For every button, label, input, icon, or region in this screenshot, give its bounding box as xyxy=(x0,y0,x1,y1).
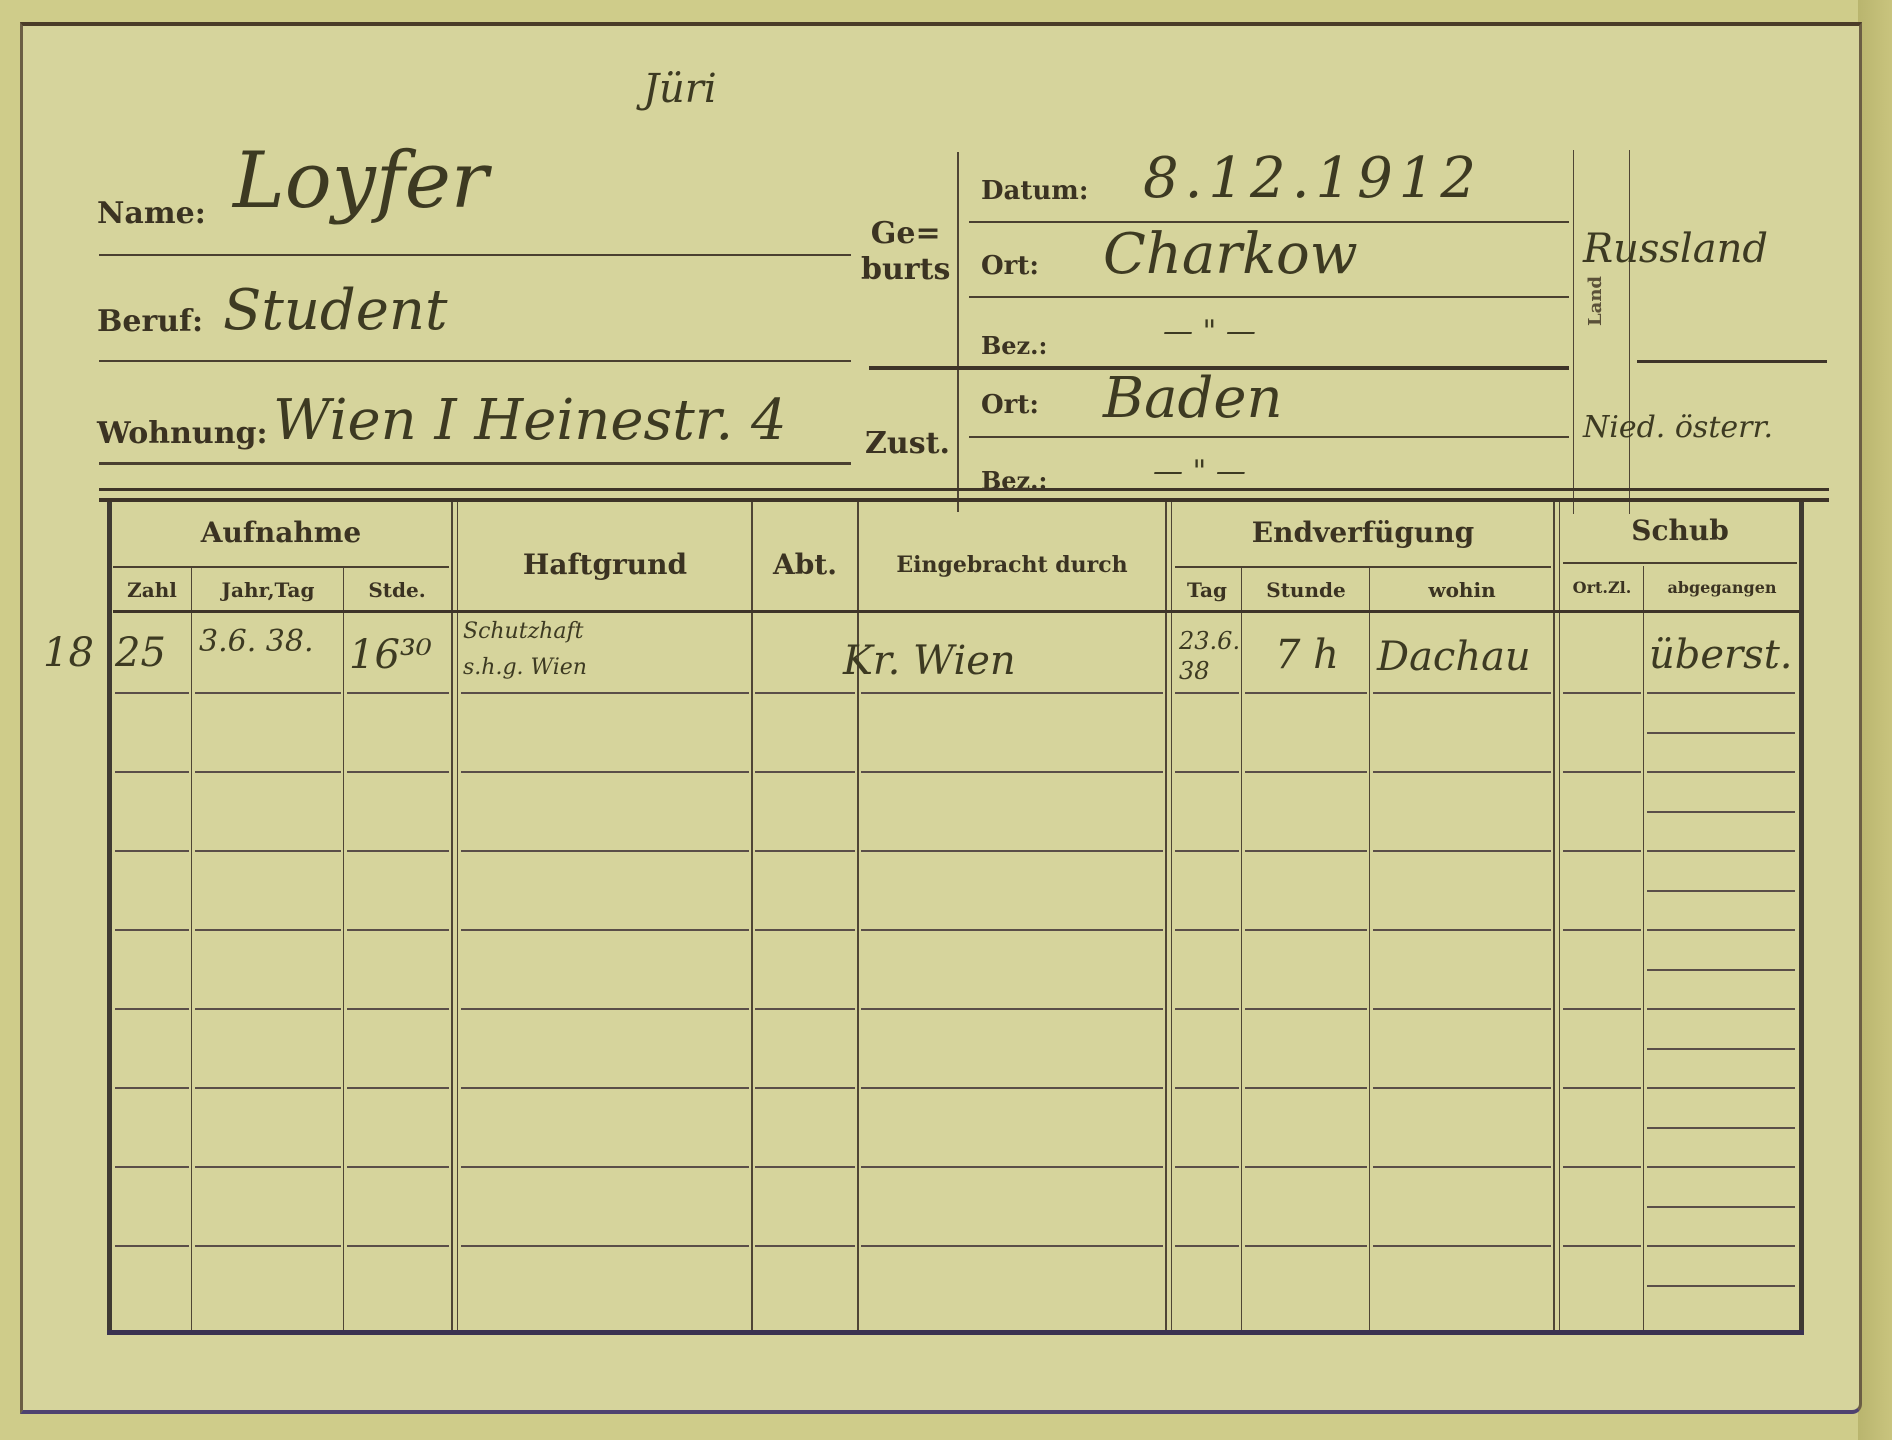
residence-label: Wohnung: xyxy=(97,416,268,451)
row-rule xyxy=(1563,1087,1641,1089)
row-rule xyxy=(1245,850,1367,852)
row-rule xyxy=(195,1087,341,1089)
row-rule xyxy=(1563,1166,1641,1168)
subheader-hour-full: Stunde xyxy=(1243,578,1369,602)
col-divider-transport-a xyxy=(1553,502,1555,1330)
row-rule xyxy=(861,1087,1163,1089)
jurisdiction-place-value: Baden xyxy=(1103,366,1283,431)
col-divider-reason-left-b xyxy=(457,502,458,1330)
row-rule xyxy=(1563,1245,1641,1247)
row-rule xyxy=(1175,771,1239,773)
departed-subrule xyxy=(1647,969,1795,971)
row-rule xyxy=(861,1245,1163,1247)
row-rule xyxy=(1647,771,1795,773)
row-rule xyxy=(1373,850,1551,852)
row-rule xyxy=(1245,1008,1367,1010)
row-rule xyxy=(861,1166,1163,1168)
row-rule xyxy=(861,692,1163,694)
row-rule xyxy=(1245,771,1367,773)
row-rule xyxy=(1373,929,1551,931)
cell-departed: überst. xyxy=(1649,632,1792,678)
cell-hour: 16³⁰ xyxy=(349,632,432,678)
cell-reason-line2: s.h.g. Wien xyxy=(463,650,587,686)
departed-subrule xyxy=(1647,811,1795,813)
row-rule xyxy=(1175,1245,1239,1247)
row-rule xyxy=(755,850,855,852)
name-value: Loyfer xyxy=(233,136,488,226)
name-label: Name: xyxy=(97,196,206,231)
departed-subrule xyxy=(1647,1127,1795,1129)
birth-date-value: 8.12.1912 xyxy=(1143,146,1482,211)
row-rule xyxy=(195,929,341,931)
row-rule xyxy=(461,692,749,694)
row-rule xyxy=(195,1166,341,1168)
row-rule xyxy=(347,1245,449,1247)
name-underline xyxy=(99,254,851,256)
margin-number: 18 xyxy=(43,630,94,676)
birth-country-value: Russland xyxy=(1583,226,1768,272)
first-name-value: Jüri xyxy=(643,66,717,112)
row-rule xyxy=(1563,1008,1641,1010)
row-rule xyxy=(1647,1087,1795,1089)
row-rule xyxy=(1373,1008,1551,1010)
header-bottom-rule xyxy=(113,610,1799,613)
row-rule xyxy=(1175,1166,1239,1168)
residence-underline xyxy=(99,462,851,465)
departed-subrule xyxy=(1647,1048,1795,1050)
row-rule xyxy=(755,1245,855,1247)
subheader-year-day: Jahr,Tag xyxy=(193,578,343,602)
row-rule xyxy=(1175,1087,1239,1089)
registration-card: Name: Loyfer Jüri Beruf: Student Wohnung… xyxy=(20,22,1862,1414)
subcol-divider-hour xyxy=(1369,566,1370,1330)
row-rule xyxy=(1175,692,1239,694)
jurisdiction-district-value: — " — xyxy=(1153,454,1246,489)
birth-divider xyxy=(957,152,959,512)
jurisdiction-place-underline xyxy=(969,436,1569,438)
row-rule xyxy=(347,929,449,931)
row-rule xyxy=(461,1166,749,1168)
row-rule xyxy=(1245,929,1367,931)
row-rule xyxy=(115,850,189,852)
row-rule xyxy=(347,1166,449,1168)
departed-subrule xyxy=(1647,1206,1795,1208)
row-rule xyxy=(115,692,189,694)
header-admission: Aufnahme xyxy=(113,516,449,549)
row-rule xyxy=(861,850,1163,852)
col-divider-department xyxy=(751,502,753,1330)
birth-district-value: — " — xyxy=(1163,314,1256,349)
row-rule xyxy=(755,1166,855,1168)
row-rule xyxy=(1245,692,1367,694)
row-rule xyxy=(1647,850,1795,852)
col-divider-transport-b xyxy=(1559,502,1560,1330)
country-label: Land xyxy=(1585,276,1606,326)
birth-place-label: Ort: xyxy=(981,251,1039,281)
row-rule xyxy=(861,771,1163,773)
table-right-border xyxy=(1799,502,1804,1330)
occupation-underline xyxy=(99,360,851,362)
row-rule xyxy=(347,771,449,773)
subcol-divider-year-day xyxy=(343,566,344,1330)
cell-day: 23.6. 38 xyxy=(1179,626,1239,686)
cell-hour-full: 7 h xyxy=(1275,632,1339,678)
occupation-value: Student xyxy=(223,278,448,343)
row-rule xyxy=(115,1166,189,1168)
occupation-label: Beruf: xyxy=(97,304,203,339)
header-final-disposition: Endverfügung xyxy=(1173,516,1553,549)
header-department: Abt. xyxy=(753,548,857,581)
row-rule xyxy=(755,1087,855,1089)
subcol-divider-number xyxy=(191,566,192,1330)
cell-year-day: 3.6. 38. xyxy=(199,624,339,659)
row-rule xyxy=(1175,929,1239,931)
subcol-divider-place-num xyxy=(1643,566,1644,1330)
subheader-departed: abgegangen xyxy=(1645,578,1799,597)
country-separator xyxy=(1637,360,1827,363)
transport-group-separator xyxy=(1563,562,1797,564)
subheader-destination: wohin xyxy=(1371,578,1553,602)
row-rule xyxy=(755,929,855,931)
country-divider-left xyxy=(1573,150,1574,514)
birth-date-label: Datum: xyxy=(981,176,1088,206)
row-rule xyxy=(461,1008,749,1010)
cell-destination: Dachau xyxy=(1377,634,1531,680)
row-rule xyxy=(1175,1008,1239,1010)
row-rule xyxy=(115,1008,189,1010)
subheader-number: Zahl xyxy=(113,578,191,602)
row-rule xyxy=(1245,1166,1367,1168)
admission-group-separator xyxy=(113,566,449,568)
cell-reason-line1: Schutzhaft xyxy=(463,614,587,650)
row-rule xyxy=(861,929,1163,931)
birth-section-label-line1: Ge= xyxy=(861,216,950,252)
row-rule xyxy=(1647,1008,1795,1010)
row-rule xyxy=(195,692,341,694)
row-rule xyxy=(195,771,341,773)
jurisdiction-section-label: Zust. xyxy=(865,426,950,461)
row-rule xyxy=(461,929,749,931)
row-rule xyxy=(461,1087,749,1089)
table-top-rule-1 xyxy=(99,488,1829,491)
row-rule xyxy=(1373,1245,1551,1247)
table-left-border xyxy=(107,502,112,1330)
row-rule xyxy=(115,929,189,931)
jurisdiction-place-label: Ort: xyxy=(981,390,1039,420)
header-transport: Schub xyxy=(1561,514,1799,547)
table-top-rule-2 xyxy=(99,498,1829,502)
row-rule xyxy=(755,692,855,694)
row-rule xyxy=(1563,692,1641,694)
col-divider-final-b xyxy=(1171,502,1172,1330)
row-rule xyxy=(195,1245,341,1247)
row-rule xyxy=(755,771,855,773)
row-rule xyxy=(1647,692,1795,694)
birth-place-underline xyxy=(969,296,1569,298)
row-rule xyxy=(347,1087,449,1089)
jurisdiction-country-value: Nied. österr. xyxy=(1583,410,1773,445)
row-rule xyxy=(195,850,341,852)
country-divider-right xyxy=(1629,150,1630,514)
row-rule xyxy=(1373,1166,1551,1168)
row-rule xyxy=(1647,1166,1795,1168)
row-rule xyxy=(115,1087,189,1089)
row-rule xyxy=(115,771,189,773)
subheader-place-num: Ort.Zl. xyxy=(1561,578,1643,597)
departed-subrule xyxy=(1647,890,1795,892)
birth-section-label: Ge= burts xyxy=(861,216,950,288)
row-rule xyxy=(461,1245,749,1247)
header-reason: Haftgrund xyxy=(459,548,751,581)
col-divider-brought-by xyxy=(857,502,859,1330)
row-rule xyxy=(1373,692,1551,694)
departed-subrule xyxy=(1647,732,1795,734)
cell-reason: Schutzhaft s.h.g. Wien xyxy=(463,614,587,686)
row-rule xyxy=(1175,850,1239,852)
row-rule xyxy=(1563,850,1641,852)
row-rule xyxy=(195,1008,341,1010)
row-rule xyxy=(1563,771,1641,773)
row-rule xyxy=(1563,929,1641,931)
row-rule xyxy=(347,1008,449,1010)
cell-number: 25 xyxy=(115,630,166,676)
subheader-hour: Stde. xyxy=(345,578,449,602)
row-rule xyxy=(347,692,449,694)
row-rule xyxy=(347,850,449,852)
subheader-day: Tag xyxy=(1173,578,1241,602)
row-rule xyxy=(755,1008,855,1010)
header-brought-by: Eingebracht durch xyxy=(859,552,1165,578)
row-rule xyxy=(115,1245,189,1247)
row-rule xyxy=(861,1008,1163,1010)
birth-place-value: Charkow xyxy=(1103,222,1358,287)
col-divider-final-a xyxy=(1165,502,1167,1330)
row-rule xyxy=(1373,771,1551,773)
row-rule xyxy=(461,850,749,852)
row-rule xyxy=(1245,1087,1367,1089)
row-rule xyxy=(1647,1245,1795,1247)
row-rule xyxy=(1373,1087,1551,1089)
row-rule xyxy=(1647,929,1795,931)
final-group-separator xyxy=(1175,566,1551,568)
birth-section-label-line2: burts xyxy=(861,252,950,288)
table-bottom-border xyxy=(107,1330,1804,1335)
row-rule xyxy=(461,771,749,773)
col-divider-reason-left-a xyxy=(451,502,453,1330)
background-edge xyxy=(1858,0,1892,1440)
subcol-divider-day xyxy=(1241,566,1242,1330)
residence-value: Wien I Heinestr. 4 xyxy=(273,388,787,453)
departed-subrule xyxy=(1647,1285,1795,1287)
row-rule xyxy=(1245,1245,1367,1247)
cell-brought-by: Kr. Wien xyxy=(843,638,1016,684)
birth-district-label: Bez.: xyxy=(981,331,1047,360)
